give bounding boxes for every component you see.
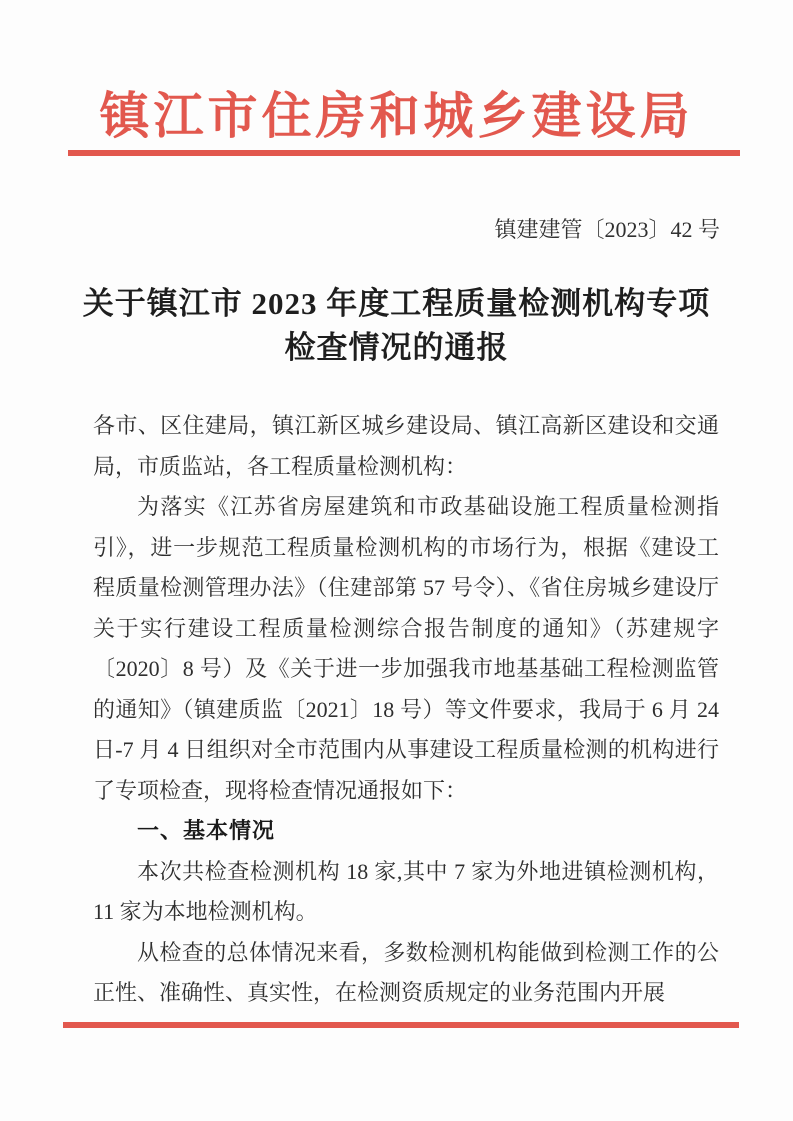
body-paragraph-inspection-count: 本次共检查检测机构 18 家,其中 7 家为外地进镇检测机构，11 家为本地检测… — [93, 852, 719, 933]
agency-name: 镇江市住房和城乡建设局 — [0, 0, 793, 142]
body-paragraph-basis: 为落实《江苏省房屋建筑和市政基础设施工程质量检测指引》，进一步规范工程质量检测机… — [93, 487, 719, 811]
salutation: 各市、区住建局，镇江新区城乡建设局、镇江高新区建设和交通局，市质监站，各工程质量… — [93, 406, 719, 487]
document-body: 各市、区住建局，镇江新区城乡建设局、镇江高新区建设和交通局，市质监站，各工程质量… — [93, 406, 719, 1014]
document-title-line-1: 关于镇江市 2023 年度工程质量检测机构专项 — [67, 282, 727, 326]
letterhead: 镇江市住房和城乡建设局 — [0, 0, 793, 156]
section-heading-basic-situation: 一、基本情况 — [93, 811, 719, 852]
document-page: 镇江市住房和城乡建设局 镇建建管〔2023〕42 号 关于镇江市 2023 年度… — [0, 0, 793, 1121]
document-title-line-2: 检查情况的通报 — [67, 326, 727, 370]
document-title: 关于镇江市 2023 年度工程质量检测机构专项 检查情况的通报 — [67, 282, 727, 370]
footer-double-rule — [63, 1022, 739, 1028]
body-paragraph-overall-situation: 从检查的总体情况来看，多数检测机构能做到检测工作的公正性、准确性、真实性，在检测… — [93, 933, 719, 1014]
letterhead-double-rule — [68, 150, 740, 156]
document-number: 镇建建管〔2023〕42 号 — [0, 217, 793, 243]
